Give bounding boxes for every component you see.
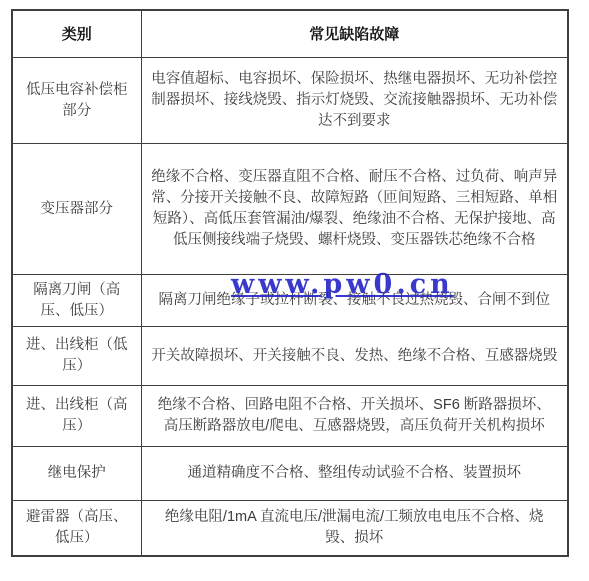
table-row: 进、出线柜（低压） 开关故障损坏、开关接触不良、发热、绝缘不合格、互感器烧毁 bbox=[12, 327, 568, 386]
category-cell: 变压器部分 bbox=[12, 144, 141, 275]
table-row: 避雷器（高压、低压） 绝缘电阻/1mA 直流电压/泄漏电流/工频放电电压不合格、… bbox=[12, 501, 568, 556]
defects-cell: 隔离刀闸绝缘子或拉杆断裂、接触不良过热烧毁、合闸不到位 bbox=[141, 275, 568, 327]
defects-cell: 绝缘不合格、变压器直阻不合格、耐压不合格、过负荷、响声异常、分接开关接触不良、故… bbox=[141, 144, 568, 275]
table-row: 隔离刀闸（高压、低压） 隔离刀闸绝缘子或拉杆断裂、接触不良过热烧毁、合闸不到位 bbox=[12, 275, 568, 327]
table-row: 继电保护 通道精确度不合格、整组传动试验不合格、装置损坏 bbox=[12, 447, 568, 501]
table-row: 变压器部分 绝缘不合格、变压器直阻不合格、耐压不合格、过负荷、响声异常、分接开关… bbox=[12, 144, 568, 275]
category-cell: 隔离刀闸（高压、低压） bbox=[12, 275, 141, 327]
defects-cell: 绝缘不合格、回路电阻不合格、开关损坏、SF6 断路器损坏、高压断路器放电/爬电、… bbox=[141, 386, 568, 447]
header-category: 类别 bbox=[12, 10, 141, 58]
header-defects: 常见缺陷故障 bbox=[141, 10, 568, 58]
table-row: 进、出线柜（高压） 绝缘不合格、回路电阻不合格、开关损坏、SF6 断路器损坏、高… bbox=[12, 386, 568, 447]
category-cell: 进、出线柜（低压） bbox=[12, 327, 141, 386]
table-row: 低压电容补偿柜部分 电容值超标、电容损坏、保险损坏、热继电器损坏、无功补偿控制器… bbox=[12, 58, 568, 144]
category-cell: 继电保护 bbox=[12, 447, 141, 501]
defects-table: 类别 常见缺陷故障 低压电容补偿柜部分 电容值超标、电容损坏、保险损坏、热继电器… bbox=[11, 9, 569, 557]
category-cell: 避雷器（高压、低压） bbox=[12, 501, 141, 556]
defects-cell: 绝缘电阻/1mA 直流电压/泄漏电流/工频放电电压不合格、烧毁、损坏 bbox=[141, 501, 568, 556]
category-cell: 进、出线柜（高压） bbox=[12, 386, 141, 447]
defects-cell: 电容值超标、电容损坏、保险损坏、热继电器损坏、无功补偿控制器损坏、接线烧毁、指示… bbox=[141, 58, 568, 144]
defects-cell: 通道精确度不合格、整组传动试验不合格、装置损坏 bbox=[141, 447, 568, 501]
category-cell: 低压电容补偿柜部分 bbox=[12, 58, 141, 144]
header-row: 类别 常见缺陷故障 bbox=[12, 10, 568, 58]
defects-cell: 开关故障损坏、开关接触不良、发热、绝缘不合格、互感器烧毁 bbox=[141, 327, 568, 386]
